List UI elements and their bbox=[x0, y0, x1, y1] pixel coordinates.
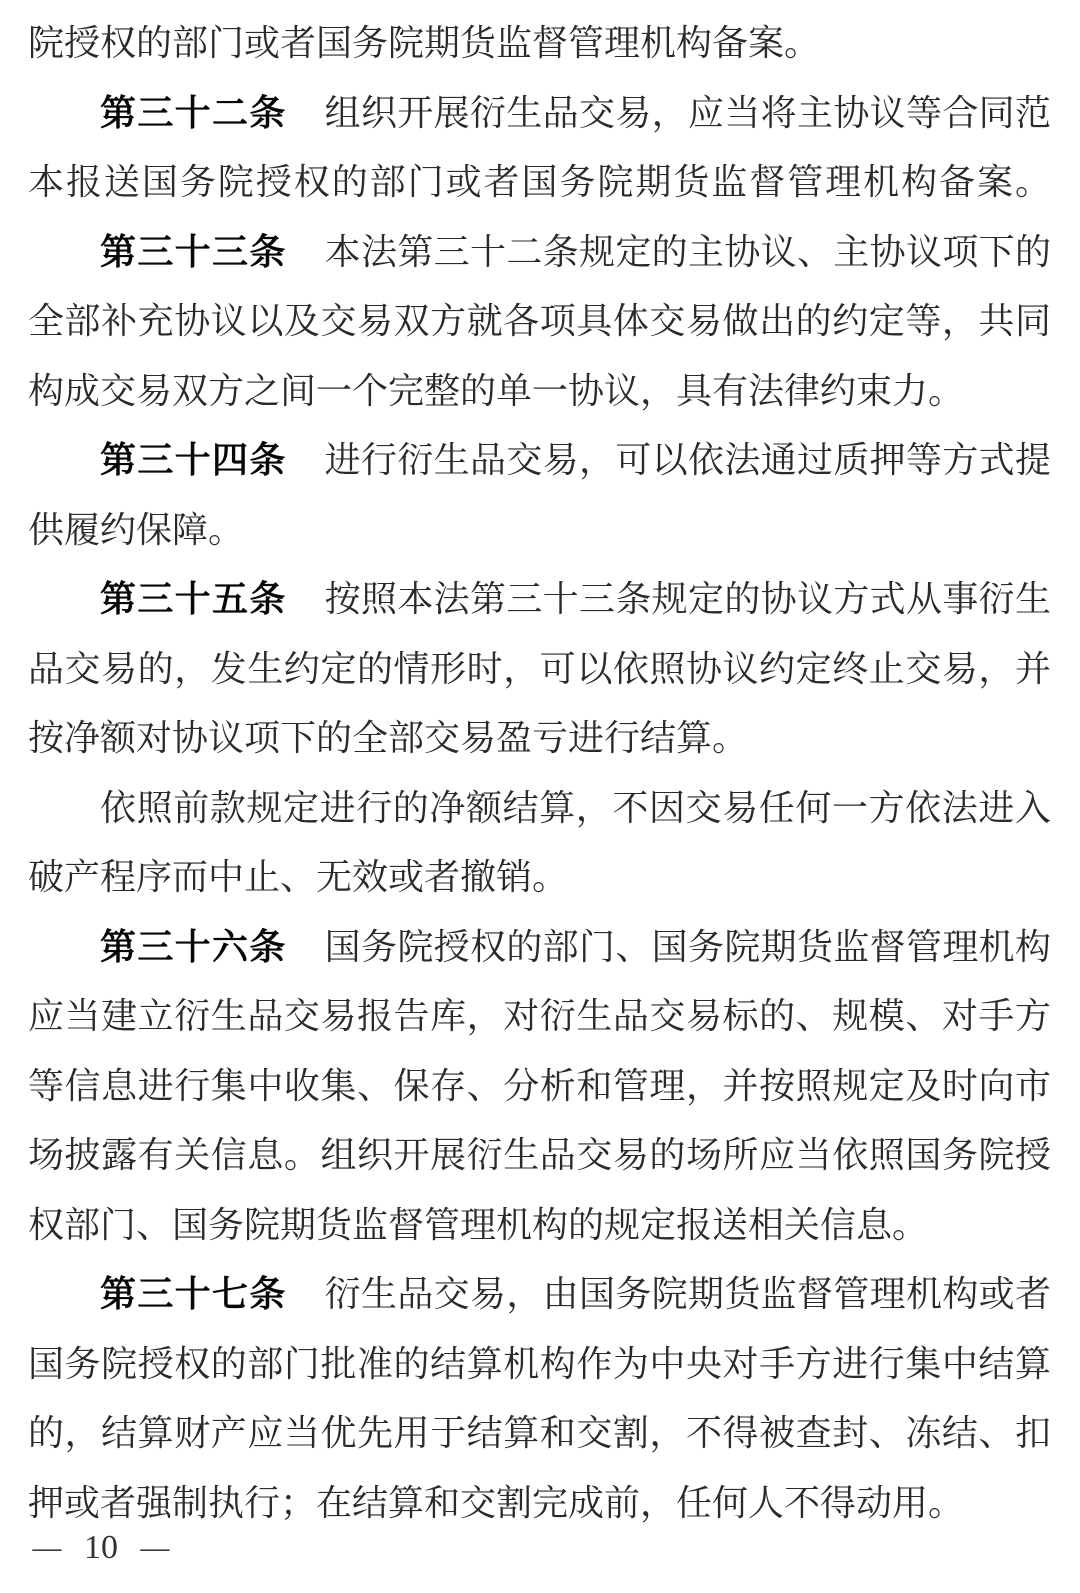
article-number: 第三十二条 bbox=[100, 93, 287, 133]
article-number: 第三十五条 bbox=[100, 579, 287, 619]
text-line: 应当建立衍生品交易报告库，对衍生品交易标的、规模、对手方 bbox=[28, 982, 1051, 1052]
text-line: 品交易的，发生约定的情形时，可以依照协议约定终止交易，并 bbox=[28, 635, 1051, 705]
text-line: 等信息进行集中收集、保存、分析和管理，并按照规定及时向市 bbox=[28, 1052, 1051, 1122]
page-footer: — 10 — bbox=[30, 1528, 172, 1568]
line-text: 权部门、国务院期货监督管理机构的规定报送相关信息。 bbox=[28, 1205, 928, 1245]
text-line: 供履约保障。 bbox=[28, 496, 1051, 566]
line-text: 全部补充协议以及交易双方就各项具体交易做出的约定等，共同 bbox=[28, 301, 1051, 341]
line-text: 国务院授权的部门批准的结算机构作为中央对手方进行集中结算 bbox=[28, 1344, 1051, 1384]
line-text: 破产程序而中止、无效或者撤销。 bbox=[28, 857, 568, 897]
line-text: 按照本法第三十三条规定的协议方式从事衍生 bbox=[325, 579, 1051, 619]
line-text: 应当建立衍生品交易报告库，对衍生品交易标的、规模、对手方 bbox=[28, 996, 1051, 1036]
line-text: 本法第三十二条规定的主协议、主协议项下的 bbox=[325, 232, 1051, 272]
line-text: 构成交易双方之间一个完整的单一协议，具有法律约束力。 bbox=[28, 371, 964, 411]
text-line: 第三十六条国务院授权的部门、国务院期货监督管理机构 bbox=[28, 913, 1051, 983]
article-number: 第三十三条 bbox=[100, 232, 287, 272]
footer-dash-left: — bbox=[33, 1528, 62, 1568]
law-document-page: 院授权的部门或者国务院期货监督管理机构备案。 第三十二条组织开展衍生品交易，应当… bbox=[0, 0, 1080, 1593]
footer-dash-right: — bbox=[141, 1528, 170, 1568]
text-line: 的，结算财产应当优先用于结算和交割，不得被查封、冻结、扣 bbox=[28, 1399, 1051, 1469]
text-line: 押或者强制执行；在结算和交割完成前，任何人不得动用。 bbox=[28, 1469, 1051, 1539]
text-line: 国务院授权的部门批准的结算机构作为中央对手方进行集中结算 bbox=[28, 1330, 1051, 1400]
text-line: 第三十二条组织开展衍生品交易，应当将主协议等合同范 bbox=[28, 79, 1051, 149]
text-line: 权部门、国务院期货监督管理机构的规定报送相关信息。 bbox=[28, 1191, 1051, 1261]
text-line: 第三十四条进行衍生品交易，可以依法通过质押等方式提 bbox=[28, 426, 1051, 496]
text-line: 第三十七条衍生品交易，由国务院期货监督管理机构或者 bbox=[28, 1260, 1051, 1330]
text-line: 本报送国务院授权的部门或者国务院期货监督管理机构备案。 bbox=[28, 148, 1051, 218]
text-line: 按净额对协议项下的全部交易盈亏进行结算。 bbox=[28, 704, 1051, 774]
line-text: 本报送国务院授权的部门或者国务院期货监督管理机构备案。 bbox=[28, 162, 1051, 202]
line-text: 的，结算财产应当优先用于结算和交割，不得被查封、冻结、扣 bbox=[28, 1413, 1051, 1453]
text-line: 第三十五条按照本法第三十三条规定的协议方式从事衍生 bbox=[28, 565, 1051, 635]
line-text: 院授权的部门或者国务院期货监督管理机构备案。 bbox=[28, 23, 820, 63]
line-text: 按净额对协议项下的全部交易盈亏进行结算。 bbox=[28, 718, 748, 758]
article-number: 第三十七条 bbox=[100, 1274, 287, 1314]
document-body: 院授权的部门或者国务院期货监督管理机构备案。 第三十二条组织开展衍生品交易，应当… bbox=[28, 9, 1051, 1538]
text-line: 全部补充协议以及交易双方就各项具体交易做出的约定等，共同 bbox=[28, 287, 1051, 357]
line-text: 国务院授权的部门、国务院期货监督管理机构 bbox=[325, 927, 1051, 967]
line-text: 等信息进行集中收集、保存、分析和管理，并按照规定及时向市 bbox=[28, 1066, 1051, 1106]
article-number: 第三十六条 bbox=[100, 927, 287, 967]
text-line: 依照前款规定进行的净额结算，不因交易任何一方依法进入 bbox=[28, 774, 1051, 844]
line-text: 押或者强制执行；在结算和交割完成前，任何人不得动用。 bbox=[28, 1483, 964, 1523]
line-text: 品交易的，发生约定的情形时，可以依照协议约定终止交易，并 bbox=[28, 649, 1051, 689]
line-text: 依照前款规定进行的净额结算，不因交易任何一方依法进入 bbox=[100, 788, 1051, 828]
line-text: 供履约保障。 bbox=[28, 510, 244, 550]
text-line: 第三十三条本法第三十二条规定的主协议、主协议项下的 bbox=[28, 218, 1051, 288]
line-text: 进行衍生品交易，可以依法通过质押等方式提 bbox=[325, 440, 1051, 480]
page-number: 10 bbox=[84, 1528, 118, 1568]
line-text: 组织开展衍生品交易，应当将主协议等合同范 bbox=[325, 93, 1051, 133]
text-line: 院授权的部门或者国务院期货监督管理机构备案。 bbox=[28, 9, 1051, 79]
line-text: 场披露有关信息。组织开展衍生品交易的场所应当依照国务院授 bbox=[28, 1135, 1051, 1175]
line-text: 衍生品交易，由国务院期货监督管理机构或者 bbox=[325, 1274, 1051, 1314]
text-line: 场披露有关信息。组织开展衍生品交易的场所应当依照国务院授 bbox=[28, 1121, 1051, 1191]
article-number: 第三十四条 bbox=[100, 440, 287, 480]
text-line: 破产程序而中止、无效或者撤销。 bbox=[28, 843, 1051, 913]
text-line: 构成交易双方之间一个完整的单一协议，具有法律约束力。 bbox=[28, 357, 1051, 427]
